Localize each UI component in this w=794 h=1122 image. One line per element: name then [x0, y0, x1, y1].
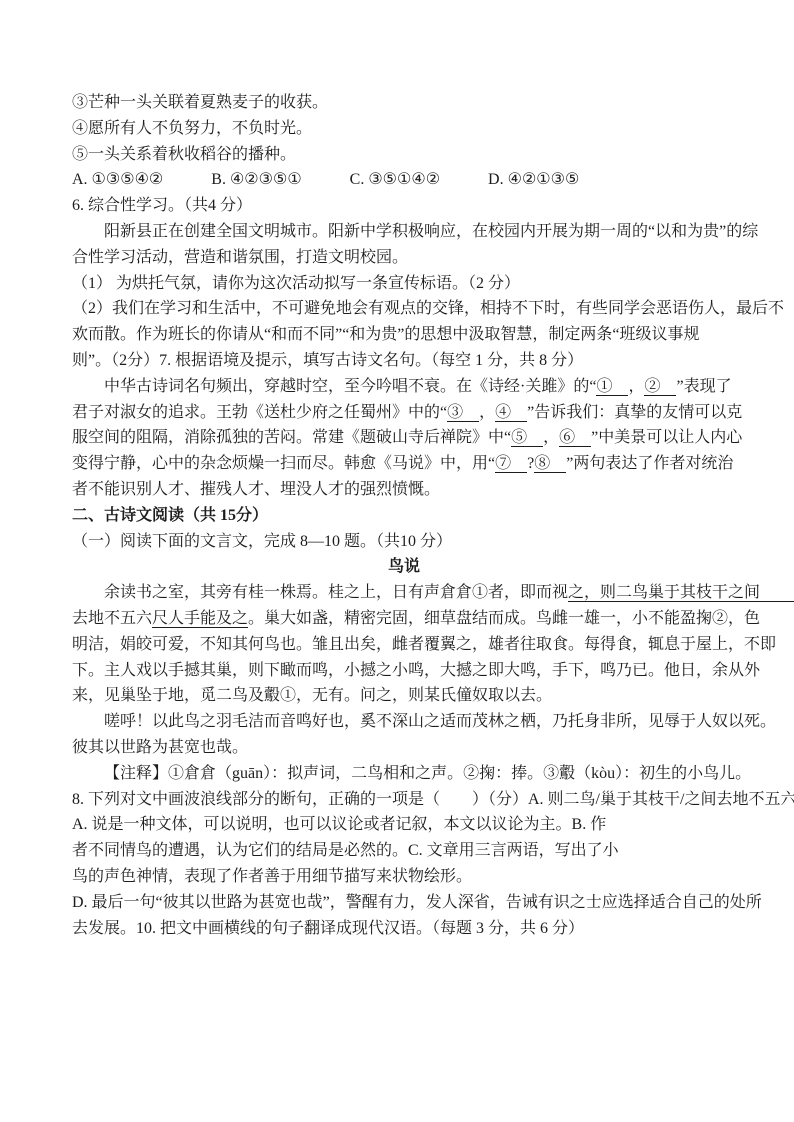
text-segment: 变得宁静，心中的杂念烦燥一扫而尽。韩愈《马说》中，用“	[72, 455, 495, 472]
text-line: （2）我们在学习和生活中，不可避免地会有观点的交锋，相持不下时，有些同学会恶语伤…	[72, 296, 736, 322]
text-line: 阳新县正在创建全国文明城市。阳新中学积极响应，在校园内开展为期一周的“以和为贵”…	[72, 219, 736, 245]
text-segment: 中华古诗词名句频出，穿越时空，至今吟唱不衰。在《诗经·关雎》的“	[104, 378, 596, 395]
text-segment: ，	[543, 429, 559, 446]
text-segment: D. 最后一句“彼其以世路为甚宽也哉”，警醒有力，发人深省，告诫有识之士应选择适…	[72, 894, 762, 911]
text-segment: 来，见巢坠于地，觅二鸟及鷇①，无有。问之，则某氏僮奴取以去。	[72, 687, 552, 704]
text-line: （一）阅读下面的文言文，完成 8—10 题。（共10 分）	[72, 529, 736, 555]
text-line: 余读书之室，其旁有桂一株焉。桂之上，日有声倉倉①者，即而视之，则二鸟巢于其枝干之…	[72, 580, 736, 606]
text-segment: A. ①③⑤④② B. ④②③⑤① C. ③⑤①④② D. ④②①③⑤	[72, 171, 579, 188]
text-segment: ⑤一头关系着秋收稻谷的播种。	[72, 146, 296, 163]
text-segment: 则”。（2分）7. 根据语境及提示，填写古诗文名句。（每空 1 分，共 8 分）	[72, 352, 583, 369]
text-line: 鸟说	[72, 554, 736, 580]
text-line: 6. 综合性学习。（共4 分）	[72, 193, 736, 219]
text-segment: 嗟呼！以此鸟之羽毛洁而音鸣好也，奚不深山之适而茂林之栖，乃托身非所，见辱于人奴以…	[104, 713, 776, 730]
document-body: ③芒种一头关联着夏熟麦子的收获。④愿所有人不负努力，不负时光。⑤一头关系着秋收稻…	[72, 90, 736, 941]
text-line: 变得宁静，心中的杂念烦燥一扫而尽。韩愈《马说》中，用“⑦ ?⑧ ”两句表达了作者…	[72, 451, 736, 477]
text-segment: ，	[479, 404, 495, 421]
text-line: 去发展。10. 把文中画横线的句子翻译成现代汉语。（每题 3 分，共 6 分）	[72, 916, 736, 942]
text-segment: 二、古诗文阅读（共 15分）	[72, 507, 268, 524]
text-line: 明洁，娟皎可爱，不知其何鸟也。雏且出矣，雌者覆翼之，雄者往取食。每得食，辄息于屋…	[72, 632, 736, 658]
text-line: （1） 为烘托气氛，请你为这次活动拟写一条宣传标语。（2 分）	[72, 271, 736, 297]
text-line: ⑤一头关系着秋收稻谷的播种。	[72, 142, 736, 168]
text-segment: 彼其以世路为甚宽也哉。	[72, 739, 248, 756]
underlined-text: ④	[495, 404, 527, 422]
text-segment: 余读书之室，其旁有桂一株焉。桂之上，日有声倉倉①者，即而视	[104, 584, 568, 601]
text-segment: 君子对淑女的追求。王勃《送杜少府之任蜀州》中的“	[72, 404, 447, 421]
text-segment: 【注释】①倉倉（guān）：拟声词，二鸟相和之声。②掬：捧。③鷇（kòu）：初生…	[104, 765, 751, 782]
text-line: 中华古诗词名句频出，穿越时空，至今吟唱不衰。在《诗经·关雎》的“① ，② ”表现…	[72, 374, 736, 400]
text-segment: 下。主人戏以手撼其巢，则下瞰而鸣，小撼之小鸣，大撼之即大鸣，手下，鸣乃已。他日，…	[72, 662, 760, 679]
text-segment: 8. 下列对文中画波浪线部分的断句，正确的一项是（ ）（分）A. 则二鸟/巢于其…	[72, 791, 794, 808]
underlined-text: ⑥	[559, 429, 591, 447]
text-segment: 阳新县正在创建全国文明城市。阳新中学积极响应，在校园内开展为期一周的“以和为贵”…	[104, 223, 758, 240]
underlined-text: ①	[596, 378, 628, 396]
text-segment: （一）阅读下面的文言文，完成 8—10 题。（共10 分）	[72, 533, 452, 550]
text-segment: 服空间的阻隔，消除孤独的苦闷。常建《题破山寺后禅院》中“	[72, 429, 511, 446]
text-segment: 者不能识别人才、摧残人才、埋没人才的强烈愤慨。	[72, 481, 440, 498]
text-line: ③芒种一头关联着夏熟麦子的收获。	[72, 90, 736, 116]
text-line: 合性学习活动，营造和谐氛围，打造文明校园。	[72, 245, 736, 271]
underlined-text: 尺人手能及之	[152, 610, 248, 628]
text-line: 下。主人戏以手撼其巢，则下瞰而鸣，小撼之小鸣，大撼之即大鸣，手下，鸣乃已。他日，…	[72, 658, 736, 684]
text-segment: 鸟说	[388, 558, 420, 575]
text-line: 者不同情鸟的遭遇，认为它们的结局是必然的。C. 文章用三言两语，写出了小	[72, 838, 736, 864]
text-segment: ”中美景可以让人内心	[591, 429, 742, 446]
text-line: A. ①③⑤④② B. ④②③⑤① C. ③⑤①④② D. ④②①③⑤	[72, 167, 736, 193]
text-line: 君子对淑女的追求。王勃《送杜少府之任蜀州》中的“③ ，④ ”告诉我们：真挚的友情…	[72, 400, 736, 426]
text-line: 服空间的阻隔，消除孤独的苦闷。常建《题破山寺后禅院》中“⑤ ，⑥ ”中美景可以让…	[72, 425, 736, 451]
text-segment: 欢而散。作为班长的你请从“和而不同”“和为贵”的思想中汲取智慧，制定两条“班级议…	[72, 326, 700, 343]
text-segment: 去发展。10. 把文中画横线的句子翻译成现代汉语。（每题 3 分，共 6 分）	[72, 920, 584, 937]
text-segment: 者不同情鸟的遭遇，认为它们的结局是必然的。C. 文章用三言两语，写出了小	[72, 842, 619, 859]
text-segment: ③芒种一头关联着夏熟麦子的收获。	[72, 94, 328, 111]
document-page: ③芒种一头关联着夏熟麦子的收获。④愿所有人不负努力，不负时光。⑤一头关系着秋收稻…	[0, 0, 794, 1122]
text-line: 鸟的声色神情，表现了作者善于用细节描写来状物绘形。	[72, 864, 736, 890]
text-line: ④愿所有人不负努力，不负时光。	[72, 116, 736, 142]
underlined-text: ②	[644, 378, 676, 396]
underlined-text: ③	[447, 404, 479, 422]
underlined-text: 之，则二鸟巢于其枝干之间	[568, 584, 794, 602]
text-line: D. 最后一句“彼其以世路为甚宽也哉”，警醒有力，发人深省，告诫有识之士应选择适…	[72, 890, 736, 916]
text-line: 【注释】①倉倉（guān）：拟声词，二鸟相和之声。②掬：捧。③鷇（kòu）：初生…	[72, 761, 736, 787]
text-line: 欢而散。作为班长的你请从“和而不同”“和为贵”的思想中汲取智慧，制定两条“班级议…	[72, 322, 736, 348]
text-segment: 鸟的声色神情，表现了作者善于用细节描写来状物绘形。	[72, 868, 472, 885]
text-segment: 明洁，娟皎可爱，不知其何鸟也。雏且出矣，雌者覆翼之，雄者往取食。每得食，辄息于屋…	[72, 636, 776, 653]
text-segment: ④愿所有人不负努力，不负时光。	[72, 120, 312, 137]
text-line: 8. 下列对文中画波浪线部分的断句，正确的一项是（ ）（分）A. 则二鸟/巢于其…	[72, 787, 736, 813]
underlined-text: ⑦	[495, 455, 527, 473]
text-line: 嗟呼！以此鸟之羽毛洁而音鸣好也，奚不深山之适而茂林之栖，乃托身非所，见辱于人奴以…	[72, 709, 736, 735]
text-segment: （2）我们在学习和生活中，不可避免地会有观点的交锋，相持不下时，有些同学会恶语伤…	[72, 300, 784, 317]
underlined-text: ⑤	[511, 429, 543, 447]
text-segment: ”告诉我们：真挚的友情可以克	[527, 404, 742, 421]
text-segment: （1） 为烘托气氛，请你为这次活动拟写一条宣传标语。（2 分）	[72, 275, 520, 292]
text-line: A. 说是一种文体，可以说明，也可以议论或者记叙，本文以议论为主。B. 作	[72, 812, 736, 838]
text-segment: A. 说是一种文体，可以说明，也可以议论或者记叙，本文以议论为主。B. 作	[72, 816, 606, 833]
text-line: 者不能识别人才、摧残人才、埋没人才的强烈愤慨。	[72, 477, 736, 503]
text-segment: 6. 综合性学习。（共4 分）	[72, 197, 252, 214]
text-line: 二、古诗文阅读（共 15分）	[72, 503, 736, 529]
text-segment: ，	[628, 378, 644, 395]
text-line: 彼其以世路为甚宽也哉。	[72, 735, 736, 761]
text-line: 去地不五六尺人手能及之。巢大如盏，精密完固，细草盘结而成。鸟雌一雄一，小不能盈掬…	[72, 606, 736, 632]
text-segment: ”表现了	[676, 378, 731, 395]
text-segment: 合性学习活动，营造和谐氛围，打造文明校园。	[72, 249, 408, 266]
text-segment: 。巢大如盏，精密完固，细草盘结而成。鸟雌一雄一，小不能盈掬②，色	[248, 610, 760, 627]
text-segment: ”两句表达了作者对统治	[566, 455, 733, 472]
text-segment: 去地不五六	[72, 610, 152, 627]
text-line: 则”。（2分）7. 根据语境及提示，填写古诗文名句。（每空 1 分，共 8 分）	[72, 348, 736, 374]
underlined-text: ⑧	[534, 455, 566, 473]
text-line: 来，见巢坠于地，觅二鸟及鷇①，无有。问之，则某氏僮奴取以去。	[72, 683, 736, 709]
